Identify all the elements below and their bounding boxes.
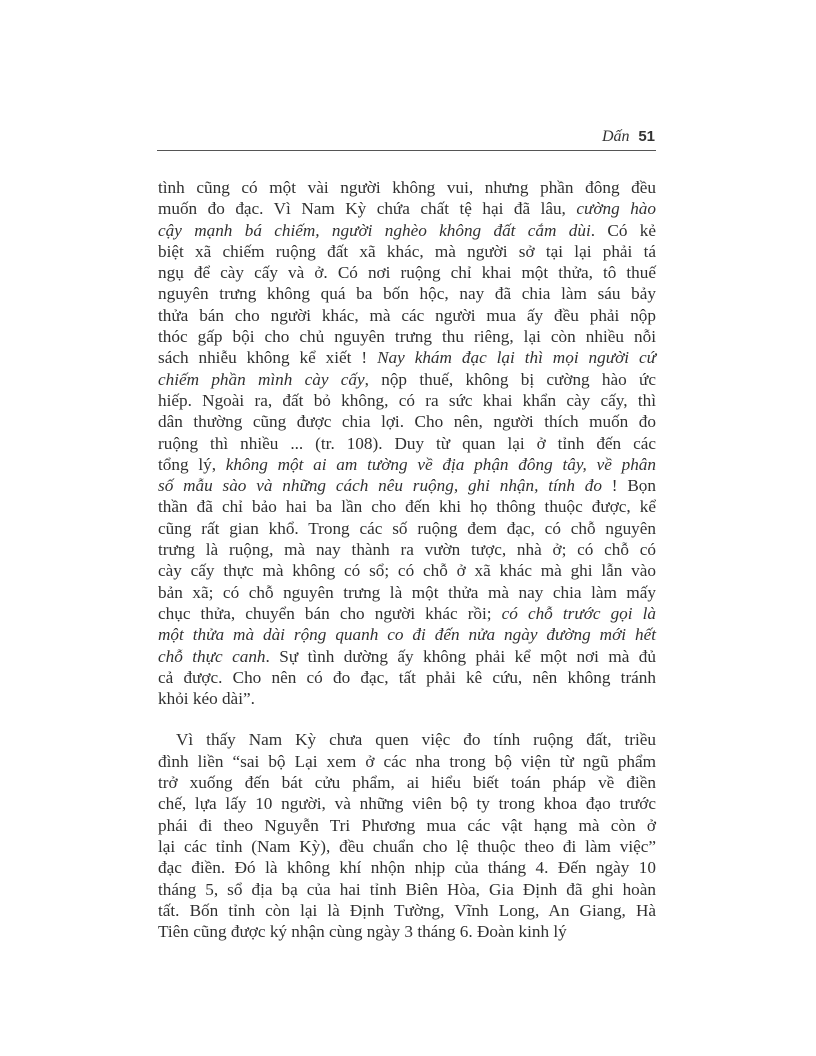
text-line: sách nhiễu không kể xiết ! Nay khám đạc … [158, 347, 656, 368]
italic-text: cường hào [576, 199, 656, 218]
page-number: 51 [638, 128, 655, 145]
running-head-section: Dấn [602, 128, 630, 145]
text-line: trở xuống đến bát cửu phẩm, ai hiểu biết… [158, 772, 656, 793]
text-line: phái đi theo Nguyễn Tri Phương mua các v… [158, 815, 656, 836]
text-line: cậy mạnh bá chiếm, người nghèo không đất… [158, 220, 656, 241]
text-line: ruộng thì nhiều ... (tr. 108). Duy từ qu… [158, 433, 656, 454]
paragraph-gap [158, 709, 656, 729]
book-page: Dấn 51 tình cũng có một vài người không … [0, 0, 816, 1056]
text-run: đạc điền. Đó là không khí nhộn nhịp của … [158, 858, 656, 877]
text-run: lại các tỉnh (Nam Kỳ), đều chuẩn cho lệ … [158, 837, 656, 856]
text-run: trở xuống đến bát cửu phẩm, ai hiểu biết… [158, 773, 656, 792]
text-run: ngụ để cày cấy và ở. Có nơi ruộng chỉ kh… [158, 263, 656, 282]
text-run: tình cũng có một vài người không vui, nh… [158, 178, 656, 197]
text-run: Vì thấy Nam Kỳ chưa quen việc đo tính ru… [176, 730, 656, 749]
text-run: tất. Bốn tỉnh còn lại là Định Tường, Vĩn… [158, 901, 656, 920]
body-text: tình cũng có một vài người không vui, nh… [158, 177, 656, 942]
italic-text: số mẫu sào và những cách nêu ruộng, ghi … [158, 476, 602, 495]
text-run: muốn đo đạc. Vì Nam Kỳ chứa chất tệ hại … [158, 199, 576, 218]
text-line: nguyên trưng không quá ba bốn hộc, nay đ… [158, 283, 656, 304]
text-line: cũng rất gian khổ. Trong các số ruộng đe… [158, 518, 656, 539]
italic-text: cậy mạnh bá chiếm, người nghèo không đất… [158, 221, 591, 240]
text-line: ngụ để cày cấy và ở. Có nơi ruộng chỉ kh… [158, 262, 656, 283]
text-line: tháng 5, sổ địa bạ của hai tỉnh Biên Hòa… [158, 879, 656, 900]
text-line: tổng lý, không một ai am tường về địa ph… [158, 454, 656, 475]
text-run: đình liền “sai bộ Lại xem ở các nha tron… [158, 752, 656, 771]
text-run: dân thường cũng được chia lợi. Cho nên, … [158, 412, 656, 431]
text-line: muốn đo đạc. Vì Nam Kỳ chứa chất tệ hại … [158, 198, 656, 219]
text-line: đình liền “sai bộ Lại xem ở các nha tron… [158, 751, 656, 772]
text-run: ! Bọn [602, 476, 656, 495]
text-run: thửa bán cho người khác, mà các người mu… [158, 306, 656, 325]
text-run: . Có kẻ [591, 221, 656, 240]
italic-text: không một ai am tường về địa phận đông t… [226, 455, 656, 474]
text-line: cả được. Cho nên có đo đạc, tất phải kê … [158, 667, 656, 688]
text-run: tổng lý, [158, 455, 226, 474]
text-line: tình cũng có một vài người không vui, nh… [158, 177, 656, 198]
text-line: thửa bán cho người khác, mà các người mu… [158, 305, 656, 326]
text-line: tất. Bốn tỉnh còn lại là Định Tường, Vĩn… [158, 900, 656, 921]
text-run: khỏi kéo dài”. [158, 689, 255, 708]
text-line: chiếm phần mình cày cấy, nộp thuế, không… [158, 369, 656, 390]
italic-text: một thửa mà dài rộng quanh co đi đến nửa… [158, 625, 656, 644]
text-line: lại các tỉnh (Nam Kỳ), đều chuẩn cho lệ … [158, 836, 656, 857]
text-run: bản xã; có chỗ nguyên trưng là một thửa … [158, 583, 656, 602]
italic-text: Nay khám đạc lại thì mọi người cứ [377, 348, 656, 367]
running-head: Dấn 51 [157, 124, 655, 148]
text-run: . Sự tình dường ấy không phải kể một nơi… [266, 647, 656, 666]
text-line: số mẫu sào và những cách nêu ruộng, ghi … [158, 475, 656, 496]
text-line: chục thửa, chuyển bán cho người khác rồi… [158, 603, 656, 624]
text-run: , nộp thuế, không bị cường hào ức [365, 370, 656, 389]
paragraph-2: Vì thấy Nam Kỳ chưa quen việc đo tính ru… [158, 729, 656, 942]
text-run: chế, lựa lấy 10 người, và những viên bộ … [158, 794, 656, 813]
text-run: cả được. Cho nên có đo đạc, tất phải kê … [158, 668, 656, 687]
text-line: hiếp. Ngoài ra, đất bỏ không, có ra sức … [158, 390, 656, 411]
text-run: nguyên trưng không quá ba bốn hộc, nay đ… [158, 284, 656, 303]
text-run: thần đã chỉ bảo hai ba lần cho đến khi h… [158, 497, 656, 516]
text-run: cày cấy thực mà không có sổ; có chỗ ở xã… [158, 561, 656, 580]
text-line: khỏi kéo dài”. [158, 688, 656, 709]
paragraph-1: tình cũng có một vài người không vui, nh… [158, 177, 656, 709]
text-run: sách nhiễu không kể xiết ! [158, 348, 377, 367]
text-line: Tiên cũng được ký nhận cùng ngày 3 tháng… [158, 921, 656, 942]
text-line: chỗ thực canh. Sự tình dường ấy không ph… [158, 646, 656, 667]
text-line: dân thường cũng được chia lợi. Cho nên, … [158, 411, 656, 432]
text-line: trưng là ruộng, mà nay thành ra vườn tượ… [158, 539, 656, 560]
text-line: đạc điền. Đó là không khí nhộn nhịp của … [158, 857, 656, 878]
text-line: thần đã chỉ bảo hai ba lần cho đến khi h… [158, 496, 656, 517]
text-line: Vì thấy Nam Kỳ chưa quen việc đo tính ru… [158, 729, 656, 750]
italic-text: chỗ thực canh [158, 647, 266, 666]
text-run: hiếp. Ngoài ra, đất bỏ không, có ra sức … [158, 391, 656, 410]
text-run: Tiên cũng được ký nhận cùng ngày 3 tháng… [158, 922, 567, 941]
text-run: thóc gấp bội cho chủ nguyên trưng thu ri… [158, 327, 656, 346]
text-line: bản xã; có chỗ nguyên trưng là một thửa … [158, 582, 656, 603]
text-run: tháng 5, sổ địa bạ của hai tỉnh Biên Hòa… [158, 880, 656, 899]
italic-text: có chỗ trước gọi là [502, 604, 656, 623]
text-run: phái đi theo Nguyễn Tri Phương mua các v… [158, 816, 656, 835]
italic-text: chiếm phần mình cày cấy [158, 370, 365, 389]
text-run: cũng rất gian khổ. Trong các số ruộng đe… [158, 519, 656, 538]
text-line: thóc gấp bội cho chủ nguyên trưng thu ri… [158, 326, 656, 347]
text-run: trưng là ruộng, mà nay thành ra vườn tượ… [158, 540, 656, 559]
text-run: ruộng thì nhiều ... (tr. 108). Duy từ qu… [158, 434, 656, 453]
text-line: một thửa mà dài rộng quanh co đi đến nửa… [158, 624, 656, 645]
text-run: biệt xã chiếm ruộng đất xã khác, mà ngườ… [158, 242, 656, 261]
text-line: cày cấy thực mà không có sổ; có chỗ ở xã… [158, 560, 656, 581]
header-rule [157, 150, 656, 151]
text-run: chục thửa, chuyển bán cho người khác rồi… [158, 604, 502, 623]
text-line: biệt xã chiếm ruộng đất xã khác, mà ngườ… [158, 241, 656, 262]
text-line: chế, lựa lấy 10 người, và những viên bộ … [158, 793, 656, 814]
